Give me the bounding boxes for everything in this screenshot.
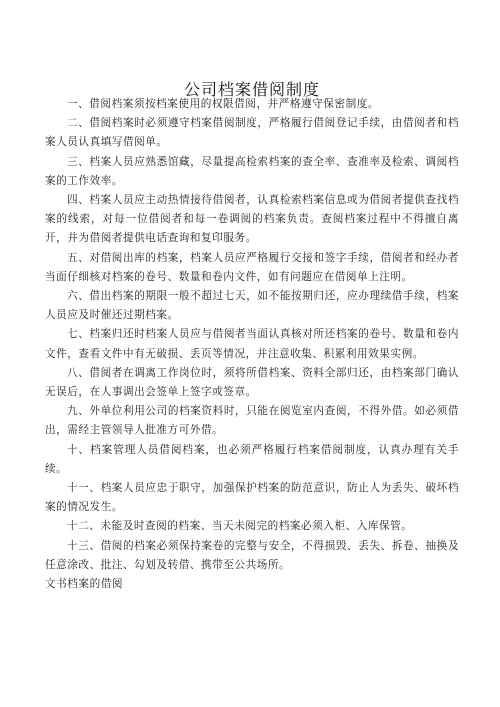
paragraph-6: 六、借出档案的期限一般不超过七天，如不能按期归还，应办理续借手续，档案人员应及时… [45, 287, 459, 325]
paragraph-7: 七、档案归还时档案人员应与借阅者当面认真核对所还档案的卷号、数量和卷内文件，查看… [45, 325, 459, 363]
paragraph-2: 二、借阅档案时必须遵守档案借阅制度，严格履行借阅登记手续，由借阅者和档案人员认真… [45, 114, 459, 152]
paragraph-8: 八、借阅者在调离工作岗位时，须将所借档案、资料全部归还，由档案部门确认无误后，在… [45, 364, 459, 402]
section-heading-document-archive-borrowing: 文书档案的借阅 [45, 575, 459, 594]
paragraph-10: 十、档案管理人员借阅档案，也必须严格履行档案借阅制度，认真办理有关手续。 [45, 441, 459, 479]
paragraph-3: 三、档案人员应熟悉馆藏，尽量提高检索档案的查全率、查准率及检索、调阅档案的工作效… [45, 153, 459, 191]
paragraph-1: 一、借阅档案须按档案使用的权限借阅，并严格遵守保密制度。 [45, 95, 459, 114]
paragraph-9: 九、外单位利用公司的档案资料时，只能在阅览室内查阅，不得外借。如必须借出，需经主… [45, 402, 459, 440]
paragraph-5: 五、对借阅出库的档案，档案人员应严格履行交接和签字手续，借阅者和经办者当面仔细核… [45, 249, 459, 287]
paragraph-13: 十三、借阅的档案必须保持案卷的完整与安全，不得损毁、丢失、拆卷、抽换及任意涂改、… [45, 537, 459, 575]
document-body: 一、借阅档案须按档案使用的权限借阅，并严格遵守保密制度。 二、借阅档案时必须遵守… [45, 95, 459, 594]
paragraph-12: 十二、未能及时查阅的档案、当天未阅完的档案必须入柜、入库保管。 [45, 517, 459, 536]
paragraph-11: 十一、档案人员应忠于职守，加强保护档案的防范意识，防止人为丢失、破坏档案的情况发… [45, 479, 459, 517]
paragraph-4: 四、档案人员应主动热情接待借阅者，认真检索档案信息或为借阅者提供查找档案的线索，… [45, 191, 459, 249]
